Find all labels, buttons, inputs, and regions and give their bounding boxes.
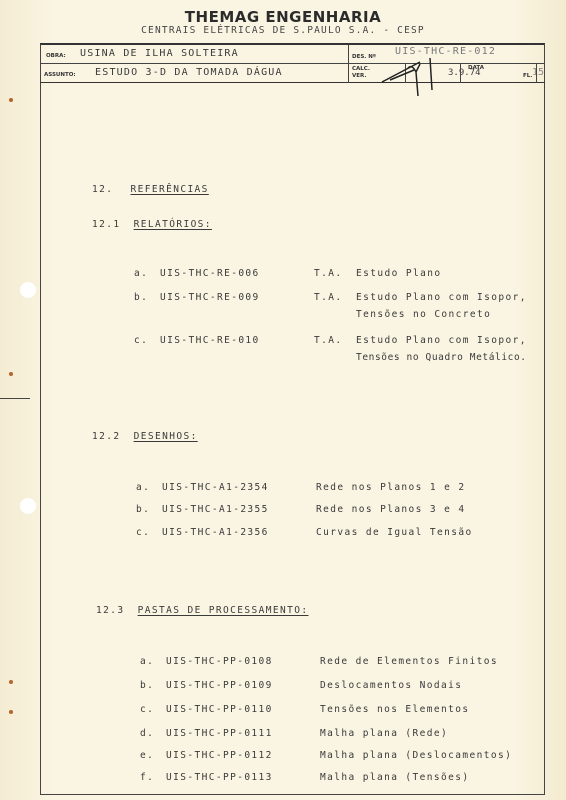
item-code: UIS-THC-A1-2354 xyxy=(162,482,269,493)
subsection-number: 12.3 xyxy=(96,605,124,616)
margin-mark xyxy=(0,398,30,399)
des-label: DES. Nº xyxy=(352,54,376,60)
item-letter: c. xyxy=(140,704,154,715)
item-letter: e. xyxy=(140,750,154,761)
item-desc: Estudo Plano xyxy=(356,268,441,279)
title-divider xyxy=(536,64,537,83)
speck xyxy=(9,98,13,102)
list-item: a. UIS-THC-PP-0108 Rede de Elementos Fin… xyxy=(140,656,154,667)
subsection-title: RELATÓRIOS: xyxy=(134,219,212,230)
item-desc: Tensões nos Elementos xyxy=(320,704,470,715)
item-desc: Estudo Plano com Isopor, xyxy=(356,292,527,303)
client-name: CENTRAIS ELÉTRICAS DE S.PAULO S.A. - CES… xyxy=(0,25,566,36)
list-item: f. UIS-THC-PP-0113 Malha plana (Tensões) xyxy=(140,772,154,783)
item-desc: Rede nos Planos 1 e 2 xyxy=(316,482,466,493)
list-item: c. UIS-THC-PP-0110 Tensões nos Elementos xyxy=(140,704,154,715)
item-prefix: T.A. xyxy=(314,292,342,303)
list-item: c. UIS-THC-A1-2356 Curvas de Igual Tensã… xyxy=(136,527,150,538)
punch-hole-bottom xyxy=(20,498,36,514)
punch-hole-top xyxy=(20,282,36,298)
item-code: UIS-THC-PP-0111 xyxy=(166,728,273,739)
subsection-number: 12.1 xyxy=(92,219,120,230)
item-code: UIS-THC-A1-2356 xyxy=(162,527,269,538)
section-heading: 12. REFERÊNCIAS xyxy=(92,184,209,195)
company-name: THEMAG ENGENHARIA xyxy=(0,8,566,26)
list-item: b. UIS-THC-A1-2355 Rede nos Planos 3 e 4 xyxy=(136,504,150,515)
subsection-heading-pastas: 12.3 PASTAS DE PROCESSAMENTO: xyxy=(96,605,308,616)
date-label: DATA xyxy=(468,65,484,71)
subsection-title: DESENHOS: xyxy=(134,431,198,442)
item-letter: c. xyxy=(134,335,148,346)
item-letter: a. xyxy=(136,482,150,493)
calc-label: CALC. xyxy=(352,66,370,72)
item-desc: Rede de Elementos Finitos xyxy=(320,656,498,667)
item-code: UIS-THC-PP-0108 xyxy=(166,656,273,667)
item-code: UIS-THC-PP-0110 xyxy=(166,704,273,715)
item-desc: Deslocamentos Nodais xyxy=(320,680,462,691)
item-letter: a. xyxy=(134,268,148,279)
item-desc: Estudo Plano com Isopor, xyxy=(356,335,527,346)
sheet-value: 15 xyxy=(532,67,544,78)
page-frame xyxy=(40,43,545,795)
section-number: 12. xyxy=(92,184,113,195)
item-letter: a. xyxy=(140,656,154,667)
ver-label: VER. xyxy=(352,73,366,79)
item-prefix: T.A. xyxy=(314,335,342,346)
obra-value: USINA DE ILHA SOLTEIRA xyxy=(80,48,239,59)
item-letter: f. xyxy=(140,772,154,783)
item-letter: b. xyxy=(140,680,154,691)
subsection-title: PASTAS DE PROCESSAMENTO: xyxy=(138,605,309,616)
sheet-label: FL. xyxy=(523,73,532,79)
item-letter: c. xyxy=(136,527,150,538)
item-code: UIS-THC-PP-0112 xyxy=(166,750,273,761)
signature-icon xyxy=(380,50,460,100)
subsection-heading-relatorios: 12.1 RELATÓRIOS: xyxy=(92,219,212,230)
item-code: UIS-THC-RE-006 xyxy=(160,268,260,279)
item-desc: Malha plana (Deslocamentos) xyxy=(320,750,512,761)
item-desc-line2: Tensões no Concreto xyxy=(356,309,491,320)
item-desc-line2: Tensões no Quadro Metálico. xyxy=(356,352,527,363)
item-desc: Malha plana (Tensões) xyxy=(320,772,470,783)
title-divider xyxy=(348,45,349,83)
section-title: REFERÊNCIAS xyxy=(130,184,208,195)
item-desc: Rede nos Planos 3 e 4 xyxy=(316,504,466,515)
subsection-heading-desenhos: 12.2 DESENHOS: xyxy=(92,431,198,442)
title-block-row-obra: OBRA: USINA DE ILHA SOLTEIRA DES. Nº UIS… xyxy=(40,45,545,64)
title-block-row-assunto: ASSUNTO: ESTUDO 3-D DA TOMADA DÁGUA CALC… xyxy=(40,64,545,83)
item-code: UIS-THC-RE-009 xyxy=(160,292,260,303)
list-item: e. UIS-THC-PP-0112 Malha plana (Deslocam… xyxy=(140,750,154,761)
list-item: a. UIS-THC-A1-2354 Rede nos Planos 1 e 2 xyxy=(136,482,150,493)
item-letter: b. xyxy=(136,504,150,515)
item-code: UIS-THC-A1-2355 xyxy=(162,504,269,515)
speck xyxy=(9,680,13,684)
assunto-label: ASSUNTO: xyxy=(44,72,76,78)
speck xyxy=(9,372,13,376)
assunto-value: ESTUDO 3-D DA TOMADA DÁGUA xyxy=(95,67,283,78)
item-code: UIS-THC-PP-0109 xyxy=(166,680,273,691)
item-letter: d. xyxy=(140,728,154,739)
item-desc: Malha plana (Rede) xyxy=(320,728,448,739)
list-item: a. UIS-THC-RE-006 T.A. Estudo Plano xyxy=(134,268,148,279)
title-divider xyxy=(460,64,461,83)
list-item: b. UIS-THC-RE-009 T.A. Estudo Plano com … xyxy=(134,292,148,303)
item-code: UIS-THC-RE-010 xyxy=(160,335,260,346)
item-letter: b. xyxy=(134,292,148,303)
subsection-number: 12.2 xyxy=(92,431,120,442)
obra-label: OBRA: xyxy=(46,53,66,59)
item-prefix: T.A. xyxy=(314,268,342,279)
speck xyxy=(9,710,13,714)
list-item: c. UIS-THC-RE-010 T.A. Estudo Plano com … xyxy=(134,335,148,346)
list-item: d. UIS-THC-PP-0111 Malha plana (Rede) xyxy=(140,728,154,739)
list-item: b. UIS-THC-PP-0109 Deslocamentos Nodais xyxy=(140,680,154,691)
item-desc: Curvas de Igual Tensão xyxy=(316,527,473,538)
item-code: UIS-THC-PP-0113 xyxy=(166,772,273,783)
